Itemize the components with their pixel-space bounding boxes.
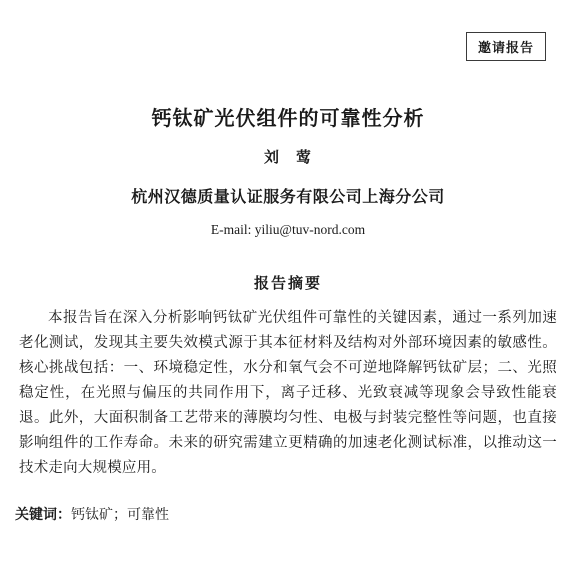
author-email: E-mail: yiliu@tuv-nord.com — [0, 222, 576, 238]
paper-abstract-page: 邀请报告 钙钛矿光伏组件的可靠性分析 刘 莺 杭州汉德质量认证服务有限公司上海分… — [0, 0, 576, 527]
invited-report-badge: 邀请报告 — [466, 32, 546, 61]
keywords-line: 关键词：钙钛矿；可靠性 — [15, 505, 557, 527]
paper-title: 钙钛矿光伏组件的可靠性分析 — [0, 0, 576, 131]
abstract-heading: 报告摘要 — [0, 272, 576, 293]
abstract-text: 本报告旨在深入分析影响钙钛矿光伏组件可靠性的关键因素，通过一系列加速老化测试，发… — [19, 306, 557, 481]
author-name: 刘 莺 — [0, 146, 576, 167]
keywords-label: 关键词： — [15, 508, 71, 523]
keywords-value: 钙钛矿；可靠性 — [71, 508, 169, 523]
author-affiliation: 杭州汉德质量认证服务有限公司上海分公司 — [0, 184, 576, 207]
